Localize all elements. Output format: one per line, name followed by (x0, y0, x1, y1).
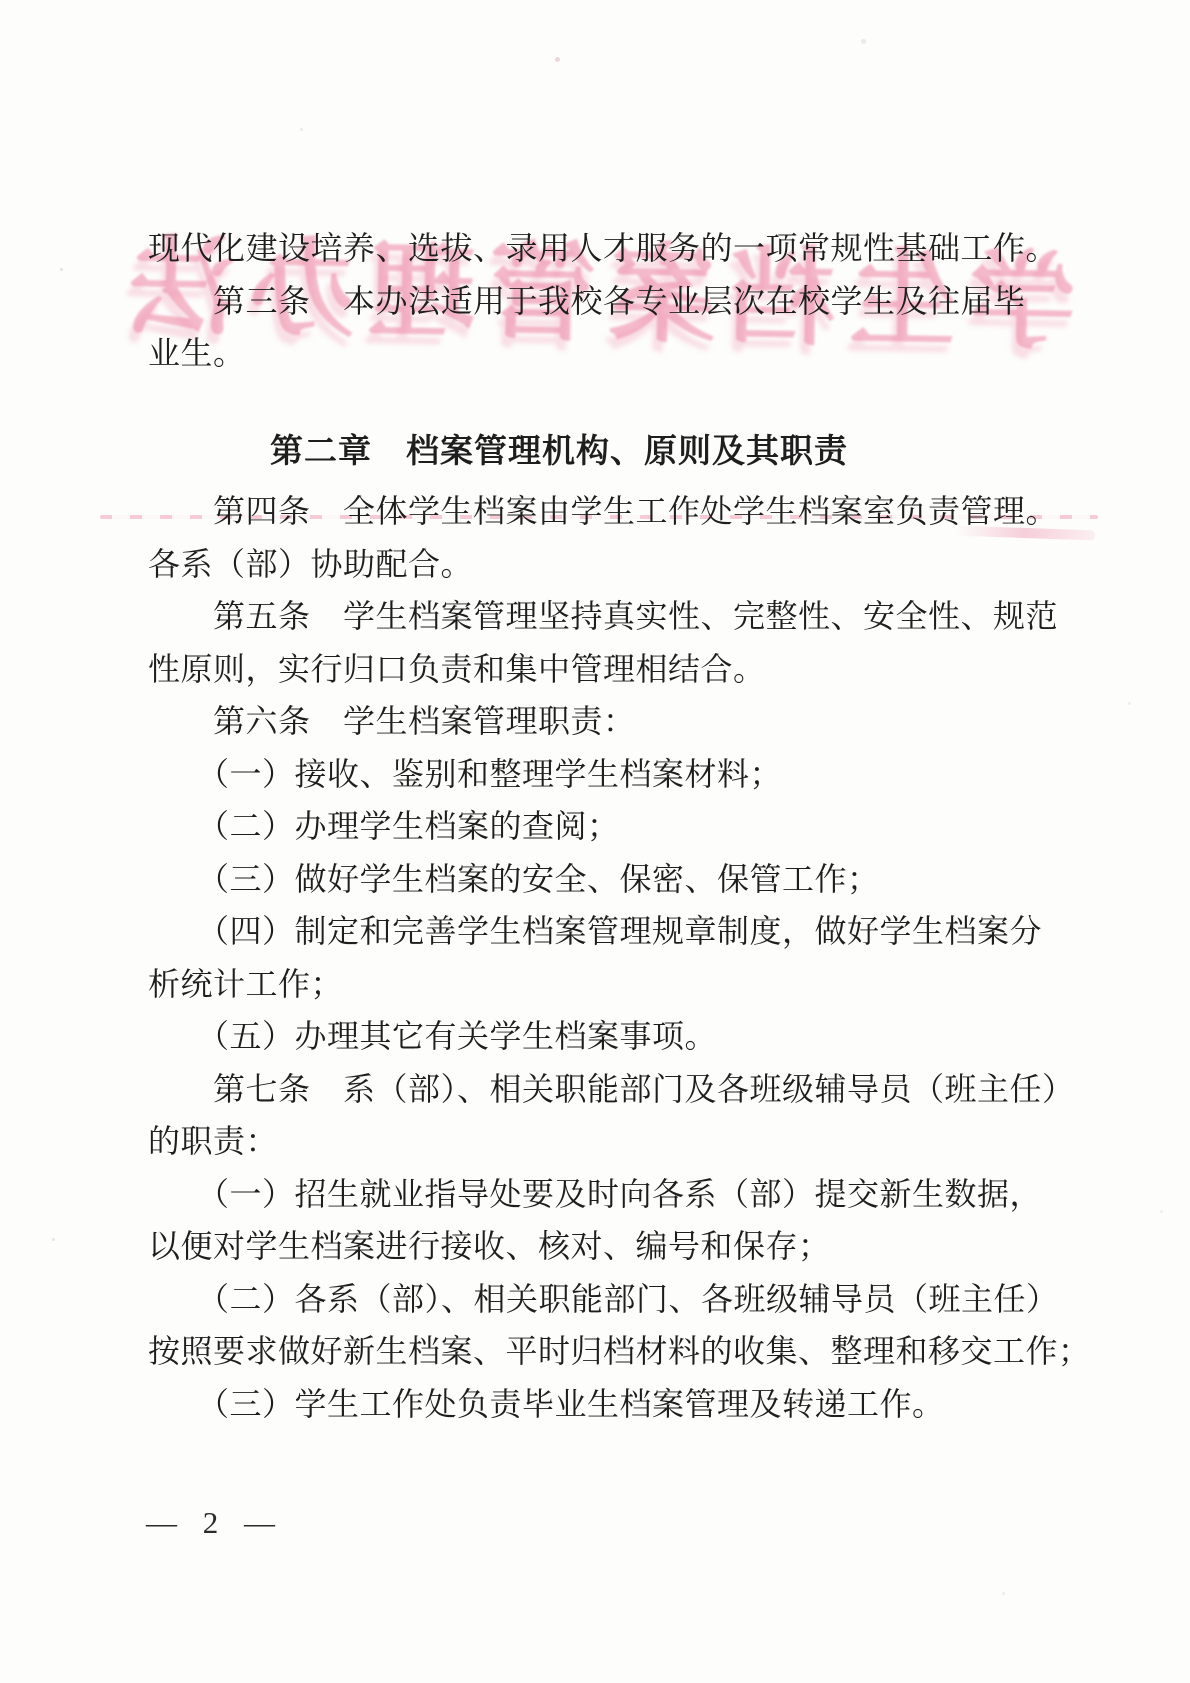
list-item-1-article-6: （一）接收、鉴别和整理学生档案材料； (148, 748, 1100, 801)
list-item-1-article-7: （一）招生就业指导处要及时向各系（部）提交新生数据， 以便对学生档案进行接收、核… (148, 1168, 1100, 1273)
list-item-5-article-6: （五）办理其它有关学生档案事项。 (148, 1010, 1100, 1063)
scan-noise-specks (0, 0, 3, 3)
paragraph-article-5: 第五条 学生档案管理坚持真实性、完整性、安全性、规范 性原则，实行归口负责和集中… (148, 590, 1100, 695)
document-page: 学生档案管理办法 学生档案管理办法 现代化建设培养、选拔、录用人才服务的一项常规… (0, 0, 1190, 1683)
paragraph-article-3: 第三条 本办法适用于我校各专业层次在校学生及往届毕 业生。 (148, 275, 1100, 380)
list-item-3-article-7: （三）学生工作处负责毕业生档案管理及转递工作。 (148, 1378, 1100, 1431)
paragraph-continuation: 现代化建设培养、选拔、录用人才服务的一项常规性基础工作。 (148, 222, 1100, 275)
page-number: — 2 — (146, 1505, 284, 1541)
list-item-3-article-6: （三）做好学生档案的安全、保密、保管工作； (148, 853, 1100, 906)
paragraph-article-7: 第七条 系（部）、相关职能部门及各班级辅导员（班主任） 的职责： (148, 1063, 1100, 1168)
paragraph-article-4: 第四条 全体学生档案由学生工作处学生档案室负责管理。 各系（部）协助配合。 (148, 485, 1100, 590)
list-item-2-article-7: （二）各系（部）、相关职能部门、各班级辅导员（班主任） 按照要求做好新生档案、平… (148, 1273, 1100, 1378)
list-item-4-article-6: （四）制定和完善学生档案管理规章制度，做好学生档案分 析统计工作； (148, 905, 1100, 1010)
paragraph-article-6: 第六条 学生档案管理职责： (148, 695, 1100, 748)
chapter-2-heading: 第二章 档案管理机构、原则及其职责 (148, 425, 1100, 478)
document-content: 现代化建设培养、选拔、录用人才服务的一项常规性基础工作。 第三条 本办法适用于我… (148, 222, 1100, 1430)
list-item-2-article-6: （二）办理学生档案的查阅； (148, 800, 1100, 853)
